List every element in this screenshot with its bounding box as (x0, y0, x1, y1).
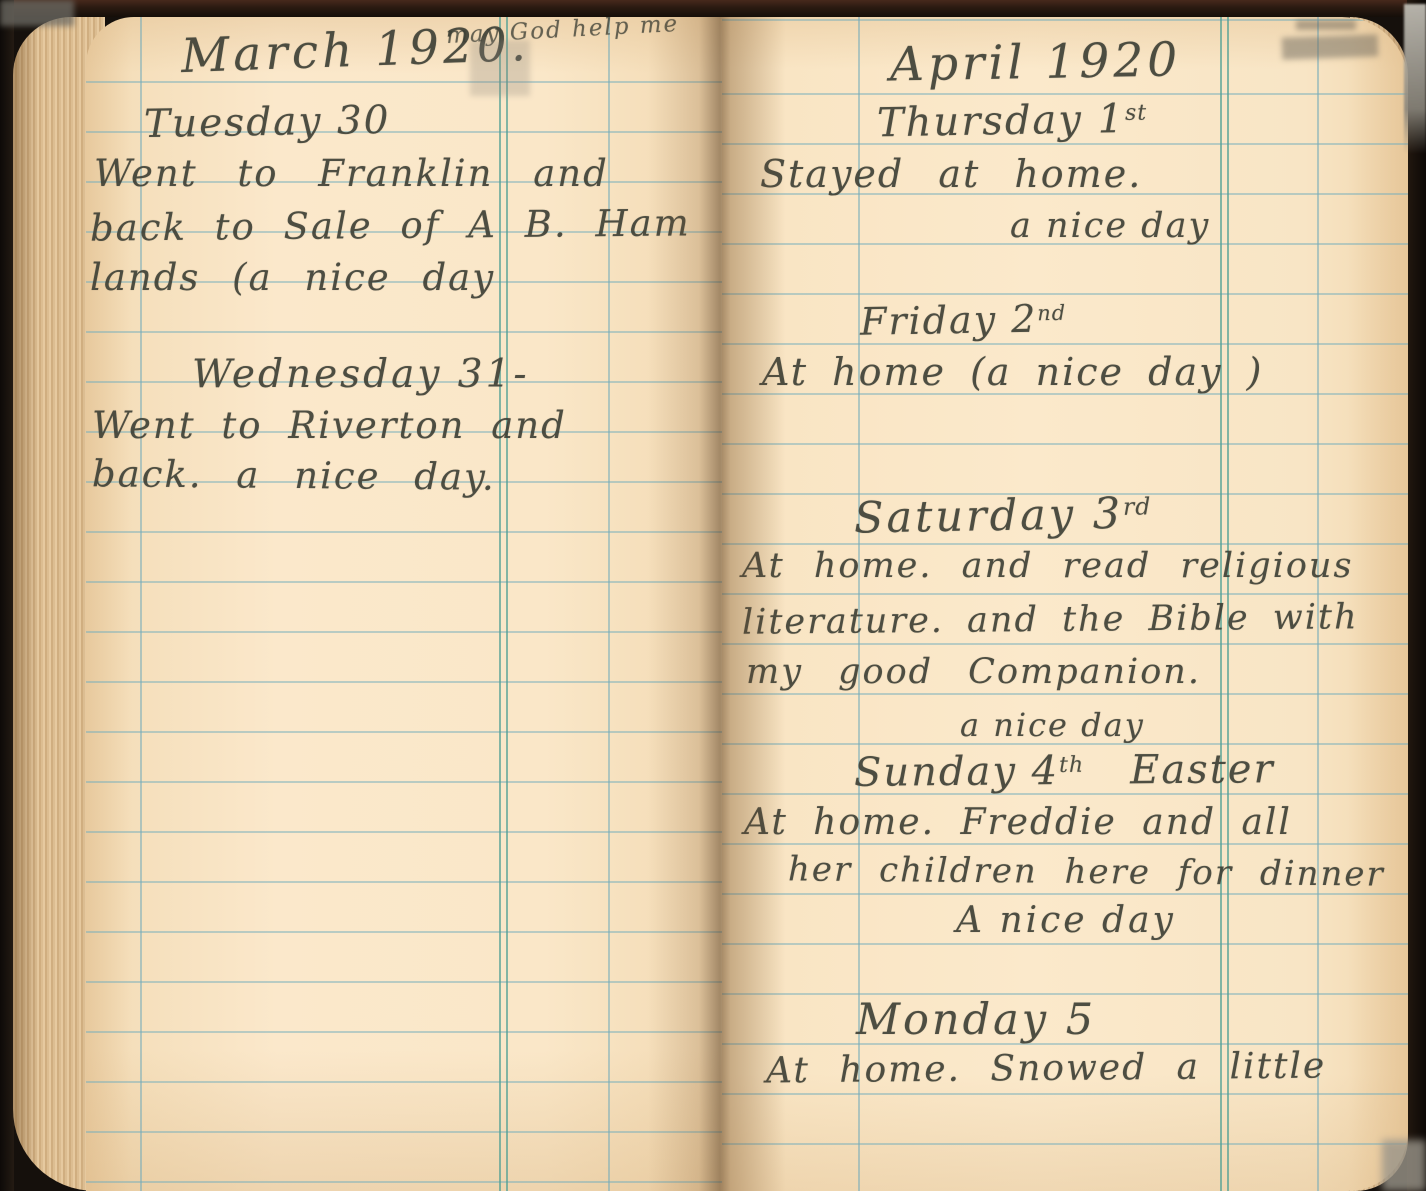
entry-day: Monday 5 (856, 999, 1096, 1042)
entry-line: her children here for dinner (788, 852, 1385, 891)
entry-line: literature. and the Bible with (742, 600, 1359, 640)
scan-glare (0, 0, 74, 26)
entry-line: lands (a nice day (90, 259, 495, 296)
entry-line: my good Companion. (746, 655, 1201, 690)
entry-day: Saturday 3rd (854, 492, 1152, 540)
book-cover-top-edge (0, 0, 1426, 17)
entry-line: At home (a nice day ) (762, 353, 1263, 391)
scan-glare (1382, 1140, 1426, 1191)
entry-line: At home. Freddie and all (744, 805, 1292, 841)
entry-line: a nice day (1010, 209, 1210, 244)
scan-glare (1404, 4, 1426, 154)
entry-line: back to Sale of A B. Ham (90, 204, 691, 246)
entry-line: Stayed at home. (760, 155, 1142, 193)
book-cover-right-edge (1407, 0, 1426, 1191)
entry-day: Sunday 4thEaster (854, 749, 1275, 793)
entry-line: back. a nice day. (92, 455, 496, 496)
entry-line: Went to Franklin and (94, 155, 609, 192)
diary-page-right: April 1920 Thursday 1st Stayed at home. … (722, 17, 1408, 1191)
entry-line: Went to Riverton and (92, 407, 567, 444)
diary-page-left: March 1920. may God help me Tuesday 30 W… (86, 17, 722, 1191)
book-cover-left-edge (0, 0, 14, 1191)
entry-day: Friday 2nd (860, 299, 1067, 341)
entry-line: At home. Snowed a little (766, 1049, 1327, 1090)
month-heading: April 1920 (890, 36, 1182, 88)
entry-day: Tuesday 30 (144, 101, 391, 144)
entry-line: At home. and read religious (742, 549, 1353, 584)
entry-line: a nice day (960, 709, 1145, 741)
entry-line: A nice day (956, 903, 1176, 939)
entry-day: Wednesday 31- (192, 355, 530, 394)
diary-scan: March 1920. may God help me Tuesday 30 W… (0, 0, 1426, 1191)
entry-day: Thursday 1st (877, 99, 1148, 144)
